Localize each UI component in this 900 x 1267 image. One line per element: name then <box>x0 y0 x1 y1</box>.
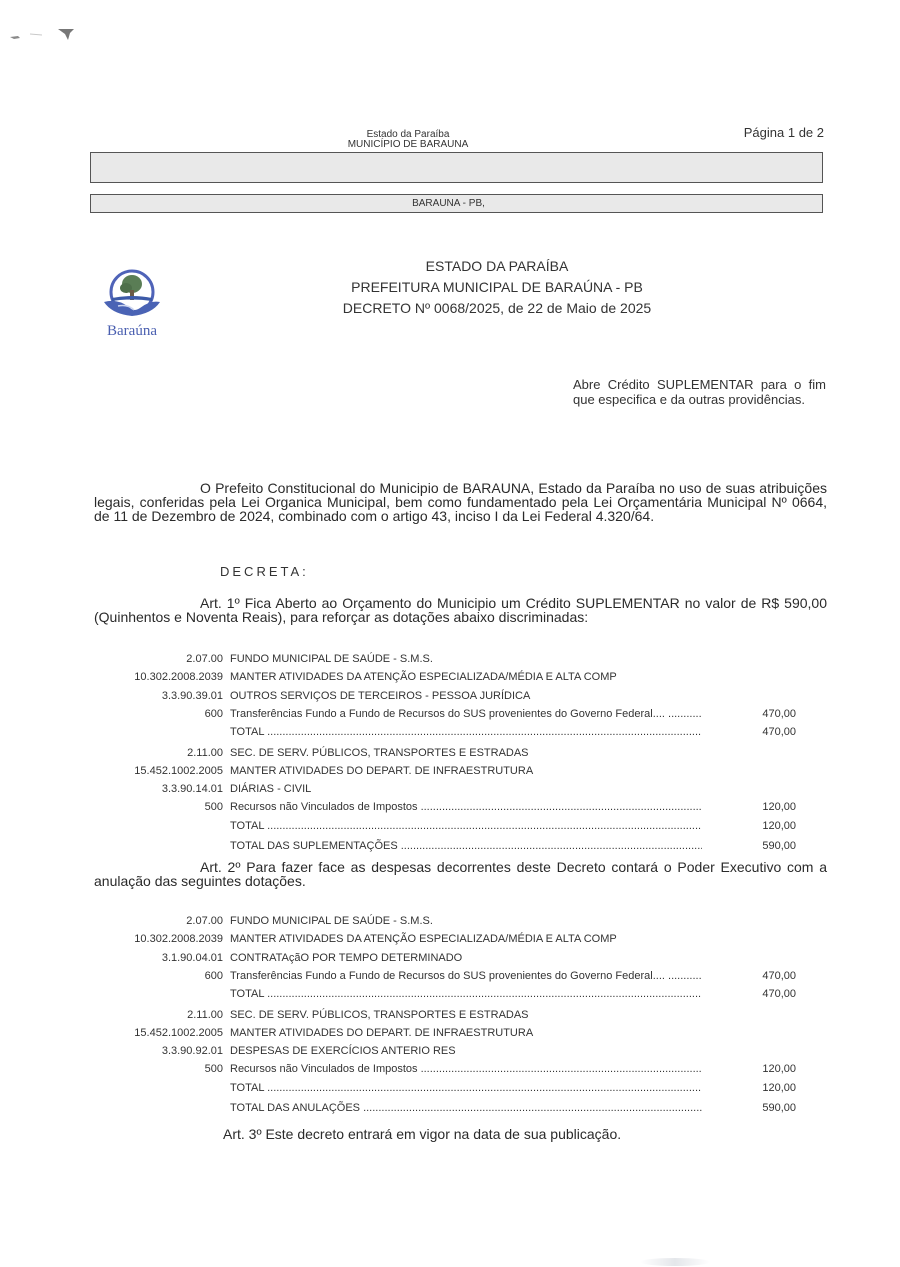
row-description: SEC. DE SERV. PÚBLICOS, TRANSPORTES E ES… <box>230 1008 529 1023</box>
row-code: 500 <box>205 1062 223 1077</box>
title-decree-number: DECRETO Nº 0068/2025, de 22 de Maio de 2… <box>300 298 694 319</box>
total-row: TOTAL120,00 <box>0 1081 900 1096</box>
row-value: 120,00 <box>762 819 796 834</box>
article-2: Art. 2º Para fazer face as despesas deco… <box>94 860 827 888</box>
scan-smudge <box>640 1258 710 1266</box>
row-code: 2.07.00 <box>186 652 223 667</box>
row-description: TOTAL <box>230 725 702 740</box>
row-value: 120,00 <box>762 1062 796 1077</box>
unit-row: 2.07.00FUNDO MUNICIPAL DE SAÚDE - S.M.S. <box>0 914 900 929</box>
row-description: TOTAL <box>230 987 702 1002</box>
row-value: 470,00 <box>762 987 796 1002</box>
row-description: SEC. DE SERV. PÚBLICOS, TRANSPORTES E ES… <box>230 746 529 761</box>
source-row: 500Recursos não Vinculados de Impostos12… <box>0 1062 900 1077</box>
row-description: MANTER ATIVIDADES DO DEPART. DE INFRAEST… <box>230 764 533 779</box>
article-1: Art. 1º Fica Aberto ao Orçamento do Muni… <box>94 596 827 624</box>
row-code: 3.3.90.92.01 <box>162 1044 223 1059</box>
element-row: 3.3.90.92.01DESPESAS DE EXERCÍCIOS ANTER… <box>0 1044 900 1059</box>
unit-row: 2.07.00FUNDO MUNICIPAL DE SAÚDE - S.M.S. <box>0 652 900 667</box>
article-2-text: Art. 2º Para fazer face as despesas deco… <box>94 860 827 888</box>
row-value: 470,00 <box>762 725 796 740</box>
row-value: 470,00 <box>762 969 796 984</box>
row-label: TOTAL DAS ANULAÇÕES <box>230 1102 360 1114</box>
location-text: BARAUNA - PB, <box>412 198 485 209</box>
row-description: Recursos não Vinculados de Impostos <box>230 1062 702 1077</box>
row-label: Recursos não Vinculados de Impostos <box>230 801 418 813</box>
row-description: CONTRATAçãO POR TEMPO DETERMINADO <box>230 951 462 966</box>
scan-artifact <box>8 25 78 45</box>
row-description: Transferências Fundo a Fundo de Recursos… <box>230 707 702 722</box>
action-row: 15.452.1002.2005MANTER ATIVIDADES DO DEP… <box>0 764 900 779</box>
row-code: 15.452.1002.2005 <box>134 764 223 779</box>
element-row: 3.1.90.04.01CONTRATAçãO POR TEMPO DETERM… <box>0 951 900 966</box>
page-indicator: Página 1 de 2 <box>744 125 824 140</box>
preamble: O Prefeito Constitucional do Municipio d… <box>94 481 827 523</box>
article-1-text: Art. 1º Fica Aberto ao Orçamento do Muni… <box>94 596 827 624</box>
total-row: TOTAL470,00 <box>0 725 900 740</box>
decreta-heading: DECRETA: <box>220 564 309 579</box>
unit-row: 2.11.00SEC. DE SERV. PÚBLICOS, TRANSPORT… <box>0 746 900 761</box>
row-label: TOTAL DAS SUPLEMENTAÇÕES <box>230 840 398 852</box>
decree-title-block: ESTADO DA PARAÍBA PREFEITURA MUNICIPAL D… <box>300 256 694 319</box>
row-value: 120,00 <box>762 800 796 815</box>
action-row: 15.452.1002.2005MANTER ATIVIDADES DO DEP… <box>0 1026 900 1041</box>
title-state: ESTADO DA PARAÍBA <box>300 256 694 277</box>
action-row: 10.302.2008.2039MANTER ATIVIDADES DA ATE… <box>0 670 900 685</box>
row-code: 10.302.2008.2039 <box>134 670 223 685</box>
row-value: 120,00 <box>762 1081 796 1096</box>
row-label: TOTAL <box>230 820 264 832</box>
element-row: 3.3.90.39.01OUTROS SERVIÇOS DE TERCEIROS… <box>0 689 900 704</box>
grand-total-row: TOTAL DAS SUPLEMENTAÇÕES590,00 <box>0 839 900 854</box>
row-code: 2.11.00 <box>187 746 223 761</box>
header-municipality-line: MUNICÍPIO DE BARAUNA <box>0 140 858 150</box>
row-code: 600 <box>205 707 223 722</box>
row-description: TOTAL DAS SUPLEMENTAÇÕES <box>230 839 702 854</box>
row-description: MANTER ATIVIDADES DO DEPART. DE INFRAEST… <box>230 1026 533 1041</box>
source-row: 600Transferências Fundo a Fundo de Recur… <box>0 969 900 984</box>
row-label: Transferências Fundo a Fundo de Recursos… <box>230 970 665 982</box>
row-label: TOTAL <box>230 726 264 738</box>
grand-total-row: TOTAL DAS ANULAÇÕES590,00 <box>0 1101 900 1116</box>
row-description: OUTROS SERVIÇOS DE TERCEIROS - PESSOA JU… <box>230 689 530 704</box>
row-value: 590,00 <box>762 839 796 854</box>
row-description: FUNDO MUNICIPAL DE SAÚDE - S.M.S. <box>230 652 433 667</box>
row-description: Recursos não Vinculados de Impostos <box>230 800 702 815</box>
row-code: 500 <box>205 800 223 815</box>
row-label: Transferências Fundo a Fundo de Recursos… <box>230 708 665 720</box>
row-description: TOTAL <box>230 1081 702 1096</box>
row-value: 590,00 <box>762 1101 796 1116</box>
row-description: Transferências Fundo a Fundo de Recursos… <box>230 969 702 984</box>
row-value: 470,00 <box>762 707 796 722</box>
row-description: MANTER ATIVIDADES DA ATENÇÃO ESPECIALIZA… <box>230 670 617 685</box>
row-label: TOTAL <box>230 988 264 1000</box>
row-code: 2.07.00 <box>186 914 223 929</box>
row-code: 15.452.1002.2005 <box>134 1026 223 1041</box>
row-description: DESPESAS DE EXERCÍCIOS ANTERIO RES <box>230 1044 456 1059</box>
row-description: MANTER ATIVIDADES DA ATENÇÃO ESPECIALIZA… <box>230 932 617 947</box>
source-row: 600Transferências Fundo a Fundo de Recur… <box>0 707 900 722</box>
title-prefeitura: PREFEITURA MUNICIPAL DE BARAÚNA - PB <box>300 277 694 298</box>
row-description: DIÁRIAS - CIVIL <box>230 782 311 797</box>
row-description: TOTAL DAS ANULAÇÕES <box>230 1101 702 1116</box>
total-row: TOTAL470,00 <box>0 987 900 1002</box>
row-code: 3.1.90.04.01 <box>162 951 223 966</box>
row-code: 3.3.90.14.01 <box>162 782 223 797</box>
row-code: 2.11.00 <box>187 1008 223 1023</box>
logo-text: Baraúna <box>100 323 164 340</box>
header-empty-box <box>90 152 823 183</box>
municipal-logo: Baraúna <box>100 268 164 338</box>
preamble-text: O Prefeito Constitucional do Municipio d… <box>94 481 827 523</box>
total-row: TOTAL120,00 <box>0 819 900 834</box>
element-row: 3.3.90.14.01DIÁRIAS - CIVIL <box>0 782 900 797</box>
row-code: 10.302.2008.2039 <box>134 932 223 947</box>
source-row: 500Recursos não Vinculados de Impostos12… <box>0 800 900 815</box>
ementa: Abre Crédito SUPLEMENTAR para o fim que … <box>573 377 826 407</box>
row-label: TOTAL <box>230 1082 264 1094</box>
row-description: TOTAL <box>230 819 702 834</box>
row-code: 600 <box>205 969 223 984</box>
municipal-crest-icon <box>100 268 164 320</box>
unit-row: 2.11.00SEC. DE SERV. PÚBLICOS, TRANSPORT… <box>0 1008 900 1023</box>
article-3: Art. 3º Este decreto entrará em vigor na… <box>223 1126 621 1142</box>
row-code: 3.3.90.39.01 <box>162 689 223 704</box>
action-row: 10.302.2008.2039MANTER ATIVIDADES DA ATE… <box>0 932 900 947</box>
row-description: FUNDO MUNICIPAL DE SAÚDE - S.M.S. <box>230 914 433 929</box>
row-label: Recursos não Vinculados de Impostos <box>230 1063 418 1075</box>
header-location-box: BARAUNA - PB, <box>90 194 823 213</box>
